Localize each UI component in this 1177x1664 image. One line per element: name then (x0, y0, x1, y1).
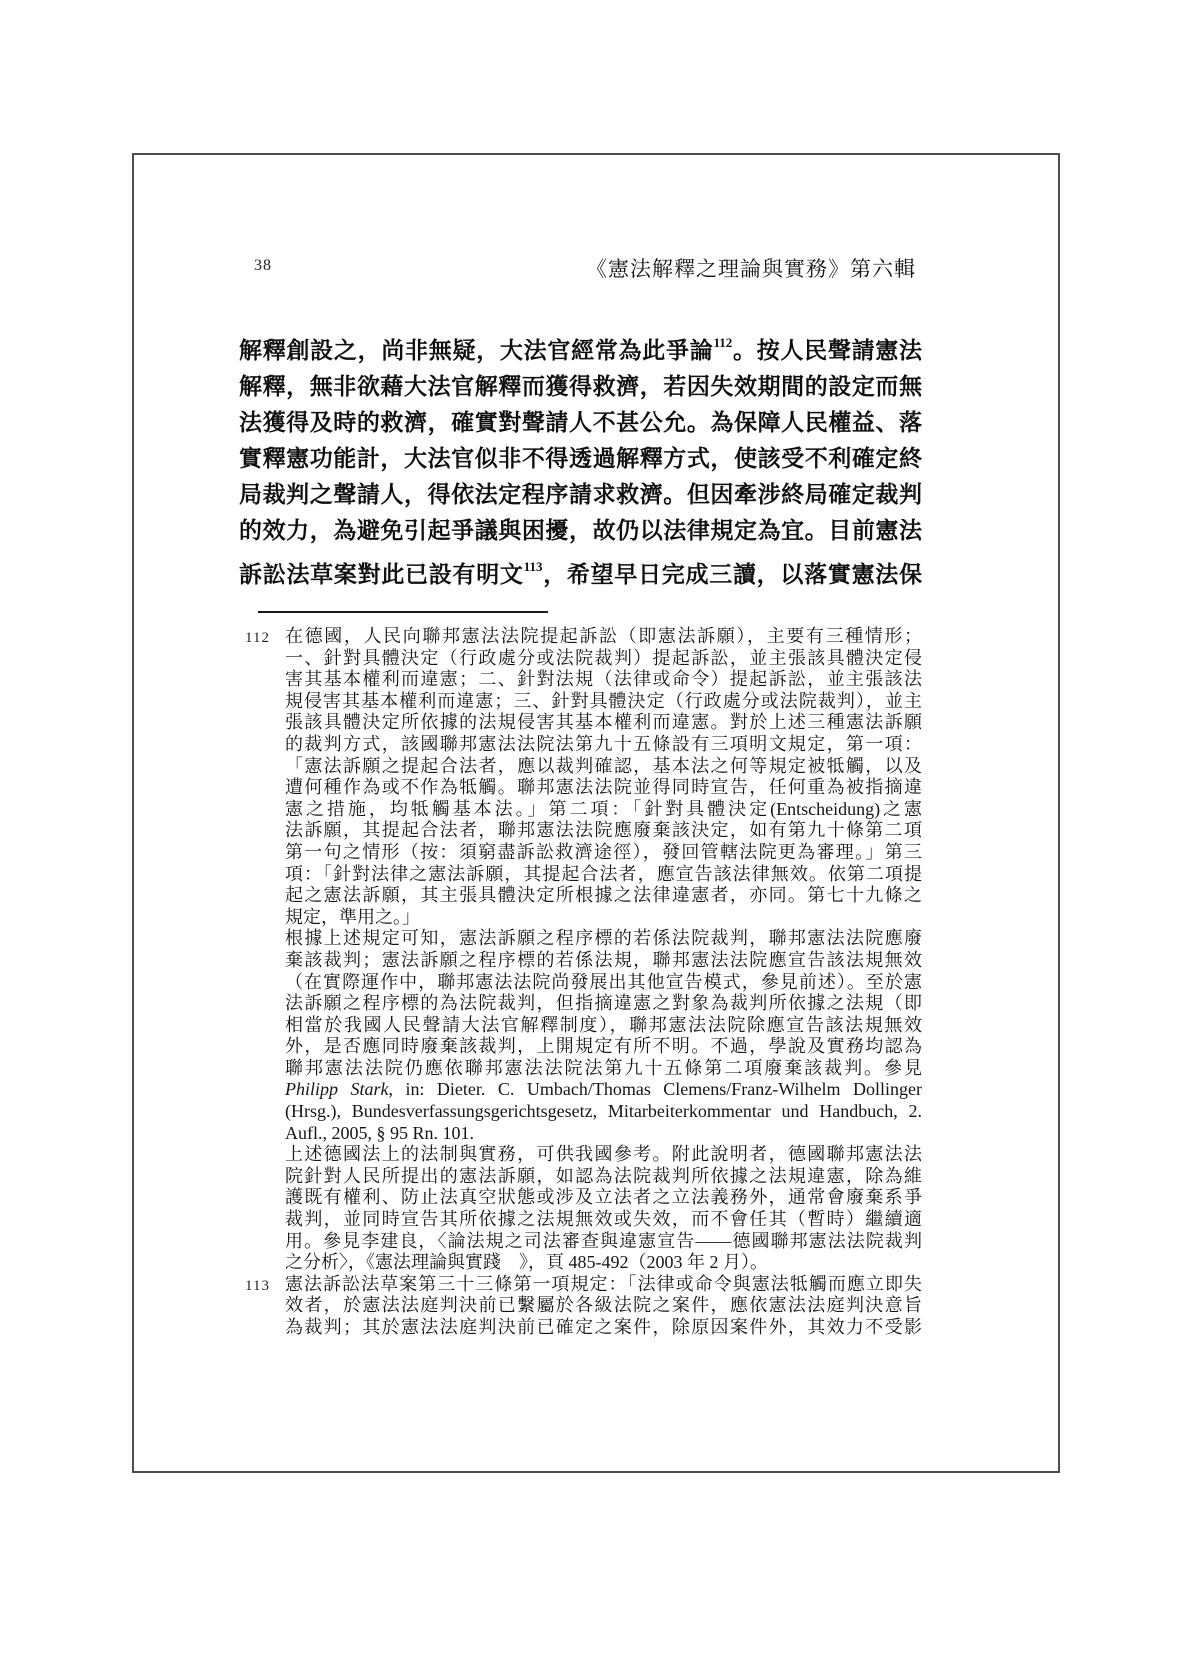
footnote-line: 用。參見李建良，〈論法規之司法審查與違憲宣告——德國聯邦憲法法院裁判 (285, 1231, 922, 1253)
footnote-line: 在德國，人民向聯邦憲法法院提起訴訟（即憲法訴願），主要有三種情形； (285, 626, 922, 648)
body-line: 局裁判之聲請人，得依法定程序請求救濟。但因牽涉終局確定裁判 (239, 477, 922, 513)
text-segment: 起之憲法訴願，其主張具體決定所根據之法律違憲者，亦同。第七十九條之 (285, 885, 922, 905)
footnote-line: 根據上述規定可知，憲法訴願之程序標的若係法院裁判，聯邦憲法法院應廢 (285, 928, 922, 950)
text-segment: Aufl., 2005, § 95 Rn. 101. (285, 1123, 474, 1143)
footnote-113: 113憲法訴訟法草案第三十三條第一項規定：「法律或命令與憲法牴觸而應立即失效者，… (243, 1274, 922, 1339)
footnote-line: 上述德國法上的法制與實務，可供我國參考。附此說明者，德國聯邦憲法法 (285, 1144, 922, 1166)
footnote-line: Philipp Stark, in: Dieter. C. Umbach/Tho… (285, 1079, 922, 1101)
body-paragraph: 解釋創設之，尚非無疑，大法官經常為此爭論112。按人民聲請憲法解釋，無非欲藉大法… (239, 325, 922, 593)
footnote-line: 憲法訴訟法草案第三十三條第一項規定：「法律或命令與憲法牴觸而應立即失 (285, 1274, 922, 1296)
body-line: 的效力，為避免引起爭議與困擾，故仍以法律規定為宜。目前憲法 (239, 513, 922, 549)
text-segment: 。按人民聲請憲法 (732, 338, 922, 363)
text-segment: 法訴願之程序標的為法院裁判，但指摘違憲之對象為裁判所依據之法規（即 (285, 993, 922, 1013)
footnote-line: 法訴願，其提起合法者，聯邦憲法法院應廢棄該決定，如有第九十條第二項 (285, 820, 922, 842)
text-segment: 「憲法訴願之提起合法者，應以裁判確認，基本法之何等規定被牴觸，以及 (285, 756, 922, 776)
text-segment: 院針對人民所提出的憲法訴願，如認為法院裁判所依據之法規違憲，除為維 (285, 1166, 922, 1186)
footnote-separator (258, 611, 548, 613)
footnote-line: 之分析〉，《憲法理論與實踐 》，頁 485-492（2003 年 2 月）。 (285, 1252, 922, 1274)
text-segment: 裁判，並同時宣告其所依據之法規無效或失效，而不會任其（暫時）繼續適 (285, 1209, 922, 1229)
footnote-number: 113 (245, 1276, 270, 1298)
text-segment: 第一句之情形（按：須窮盡訴訟救濟途徑），發回管轄法院更為審理。」第三 (285, 842, 922, 862)
text-segment: 解釋創設之，尚非無疑，大法官經常為此爭論 (239, 338, 713, 363)
footnote-line: 效者，於憲法法庭判決前已繫屬於各級法院之案件，應依憲法法庭判決意旨 (285, 1295, 922, 1317)
footnote-line: 裁判，並同時宣告其所依據之法規無效或失效，而不會任其（暫時）繼續適 (285, 1209, 922, 1231)
text-segment: 實釋憲功能計，大法官似非不得透過解釋方式，使該受不利確定終 (239, 446, 922, 471)
text-segment: 法訴願，其提起合法者，聯邦憲法法院應廢棄該決定，如有第九十條第二項 (285, 820, 922, 840)
footnote-line: (Hrsg.), Bundesverfassungsgerichtsgesetz… (285, 1101, 922, 1123)
footnote-line: 的裁判方式，該國聯邦憲法法院法第九十五條設有三項明文規定，第一項： (285, 734, 922, 756)
text-segment: 一、針對具體決定（行政處分或法院裁判）提起訴訟，並主張該具體決定侵 (285, 648, 922, 668)
footnote-ref: 112 (713, 335, 732, 350)
footnote-number: 112 (245, 628, 270, 650)
text-segment: 根據上述規定可知，憲法訴願之程序標的若係法院裁判，聯邦憲法法院應廢 (285, 928, 922, 948)
footnote-line: 規侵害其基本權利而違憲；三、針對具體決定（行政處分或法院裁判），並主 (285, 691, 922, 713)
footnote-line: 第一句之情形（按：須窮盡訴訟救濟途徑），發回管轄法院更為審理。」第三 (285, 842, 922, 864)
footnote-line: 張該具體決定所依據的法規侵害其基本權利而違憲。對於上述三種憲法訴願 (285, 712, 922, 734)
body-line: 訴訟法草案對此已設有明文113，希望早日完成三讀，以落實憲法保 (239, 549, 922, 593)
text-segment: 憲法訴訟法草案第三十三條第一項規定：「法律或命令與憲法牴觸而應立即失 (285, 1274, 922, 1294)
footnote-line: （在實際運作中，聯邦憲法法院尚發展出其他宣告模式，參見前述）。至於憲 (285, 972, 922, 994)
text-segment: 用。參見李建良，〈論法規之司法審查與違憲宣告——德國聯邦憲法法院裁判 (285, 1231, 922, 1251)
text-segment: 棄該裁判；憲法訴願之程序標的若係法規，聯邦憲法法院應宣告該法規無效 (285, 950, 922, 970)
footnote-line: 項：「針對法律之憲法訴願，其提起合法者，應宣告該法律無效。依第二項提 (285, 864, 922, 886)
text-segment: 聯邦憲法法院仍應依聯邦憲法法院法第九十五條第二項廢棄該裁判。參見 (285, 1058, 922, 1078)
footnote-line: 遭何種作為或不作為牴觸。聯邦憲法法院並得同時宣告，任何重為被指摘違 (285, 777, 922, 799)
footnotes-section: 112在德國，人民向聯邦憲法法院提起訴訟（即憲法訴願），主要有三種情形；一、針對… (243, 626, 922, 1339)
text-segment: 規定，準用之。」 (285, 907, 420, 927)
body-line: 法獲得及時的救濟，確實對聲請人不甚公允。為保障人民權益、落 (239, 405, 922, 441)
footnote-line: 院針對人民所提出的憲法訴願，如認為法院裁判所依據之法規違憲，除為維 (285, 1166, 922, 1188)
text-segment: (Hrsg.), Bundesverfassungsgerichtsgesetz… (285, 1101, 922, 1121)
text-segment: 效者，於憲法法庭判決前已繫屬於各級法院之案件，應依憲法法庭判決意旨 (285, 1295, 922, 1315)
text-segment: 張該具體決定所依據的法規侵害其基本權利而違憲。對於上述三種憲法訴願 (285, 712, 922, 732)
text-segment: 解釋，無非欲藉大法官解釋而獲得救濟，若因失效期間的設定而無 (239, 374, 922, 399)
text-segment: 的效力，為避免引起爭議與困擾，故仍以法律規定為宜。目前憲法 (239, 518, 922, 543)
running-header-title: 《憲法解釋之理論與實務》第六輯 (586, 253, 916, 283)
footnote-line: 棄該裁判；憲法訴願之程序標的若係法規，聯邦憲法法院應宣告該法規無效 (285, 950, 922, 972)
text-segment: （在實際運作中，聯邦憲法法院尚發展出其他宣告模式，參見前述）。至於憲 (285, 972, 922, 992)
footnote-line: 一、針對具體決定（行政處分或法院裁判）提起訴訟，並主張該具體決定侵 (285, 648, 922, 670)
text-segment: 害其基本權利而違憲；二、針對法規（法律或命令）提起訴訟，並主張該法 (285, 669, 922, 689)
text-segment: 之分析〉，《憲法理論與實踐 》，頁 485-492（2003 年 2 月）。 (285, 1252, 768, 1272)
text-segment: 在德國，人民向聯邦憲法法院提起訴訟（即憲法訴願），主要有三種情形； (285, 626, 922, 646)
text-segment: 為裁判；其於憲法法庭判決前已確定之案件，除原因案件外，其效力不受影 (285, 1317, 922, 1337)
footnote-line: 起之憲法訴願，其主張具體決定所根據之法律違憲者，亦同。第七十九條之 (285, 885, 922, 907)
footnote-line: 法訴願之程序標的為法院裁判，但指摘違憲之對象為裁判所依據之法規（即 (285, 993, 922, 1015)
text-segment: 遭何種作為或不作為牴觸。聯邦憲法法院並得同時宣告，任何重為被指摘違 (285, 777, 922, 797)
text-segment: 規侵害其基本權利而違憲；三、針對具體決定（行政處分或法院裁判），並主 (285, 691, 922, 711)
text-segment: 的裁判方式，該國聯邦憲法法院法第九十五條設有三項明文規定，第一項： (285, 734, 922, 754)
document-canvas: 38 《憲法解釋之理論與實務》第六輯 解釋創設之，尚非無疑，大法官經常為此爭論1… (0, 0, 1177, 1664)
italic-citation: Philipp Stark (285, 1079, 388, 1099)
footnote-112: 112在德國，人民向聯邦憲法法院提起訴訟（即憲法訴願），主要有三種情形；一、針對… (243, 626, 922, 1274)
body-line: 解釋，無非欲藉大法官解釋而獲得救濟，若因失效期間的設定而無 (239, 369, 922, 405)
footnote-line: 「憲法訴願之提起合法者，應以裁判確認，基本法之何等規定被牴觸，以及 (285, 756, 922, 778)
footnote-line: 相當於我國人民聲請大法官解釋制度），聯邦憲法法院除應宣告該法規無效 (285, 1015, 922, 1037)
text-segment: 局裁判之聲請人，得依法定程序請求救濟。但因牽涉終局確定裁判 (239, 482, 922, 507)
body-line: 實釋憲功能計，大法官似非不得透過解釋方式，使該受不利確定終 (239, 441, 922, 477)
footnote-line: 護既有權利、防止法真空狀態或涉及立法者之立法義務外，通常會廢棄系爭 (285, 1187, 922, 1209)
text-segment: 訴訟法草案對此已設有明文 (239, 562, 524, 587)
text-segment: 相當於我國人民聲請大法官解釋制度），聯邦憲法法院除應宣告該法規無效 (285, 1015, 922, 1035)
footnote-line: 外，是否應同時廢棄該裁判，上開規定有所不明。不過，學說及實務均認為 (285, 1036, 922, 1058)
text-segment: 法獲得及時的救濟，確實對聲請人不甚公允。為保障人民權益、落 (239, 410, 922, 435)
text-segment: 憲之措施，均牴觸基本法。」第二項：「針對具體決定(Entscheidung)之憲 (285, 799, 922, 819)
document-page: 38 《憲法解釋之理論與實務》第六輯 解釋創設之，尚非無疑，大法官經常為此爭論1… (132, 153, 1060, 1473)
text-segment: 外，是否應同時廢棄該裁判，上開規定有所不明。不過，學說及實務均認為 (285, 1036, 922, 1056)
footnote-line: 為裁判；其於憲法法庭判決前已確定之案件，除原因案件外，其效力不受影 (285, 1317, 922, 1339)
text-segment: ，希望早日完成三讀，以落實憲法保 (542, 562, 922, 587)
footnote-line: 害其基本權利而違憲；二、針對法規（法律或命令）提起訴訟，並主張該法 (285, 669, 922, 691)
footnote-line: 聯邦憲法法院仍應依聯邦憲法法院法第九十五條第二項廢棄該裁判。參見 (285, 1058, 922, 1080)
footnote-line: 規定，準用之。」 (285, 907, 922, 929)
text-segment: 上述德國法上的法制與實務，可供我國參考。附此說明者，德國聯邦憲法法 (285, 1144, 922, 1164)
text-segment: 護既有權利、防止法真空狀態或涉及立法者之立法義務外，通常會廢棄系爭 (285, 1187, 922, 1207)
page-number: 38 (254, 257, 272, 275)
text-segment: 項：「針對法律之憲法訴願，其提起合法者，應宣告該法律無效。依第二項提 (285, 864, 922, 884)
footnote-line: 憲之措施，均牴觸基本法。」第二項：「針對具體決定(Entscheidung)之憲 (285, 799, 922, 821)
footnote-line: Aufl., 2005, § 95 Rn. 101. (285, 1123, 922, 1145)
footnote-ref: 113 (524, 559, 543, 574)
body-line: 解釋創設之，尚非無疑，大法官經常為此爭論112。按人民聲請憲法 (239, 325, 922, 369)
text-segment: , in: Dieter. C. Umbach/Thomas Clemens/F… (388, 1079, 922, 1099)
